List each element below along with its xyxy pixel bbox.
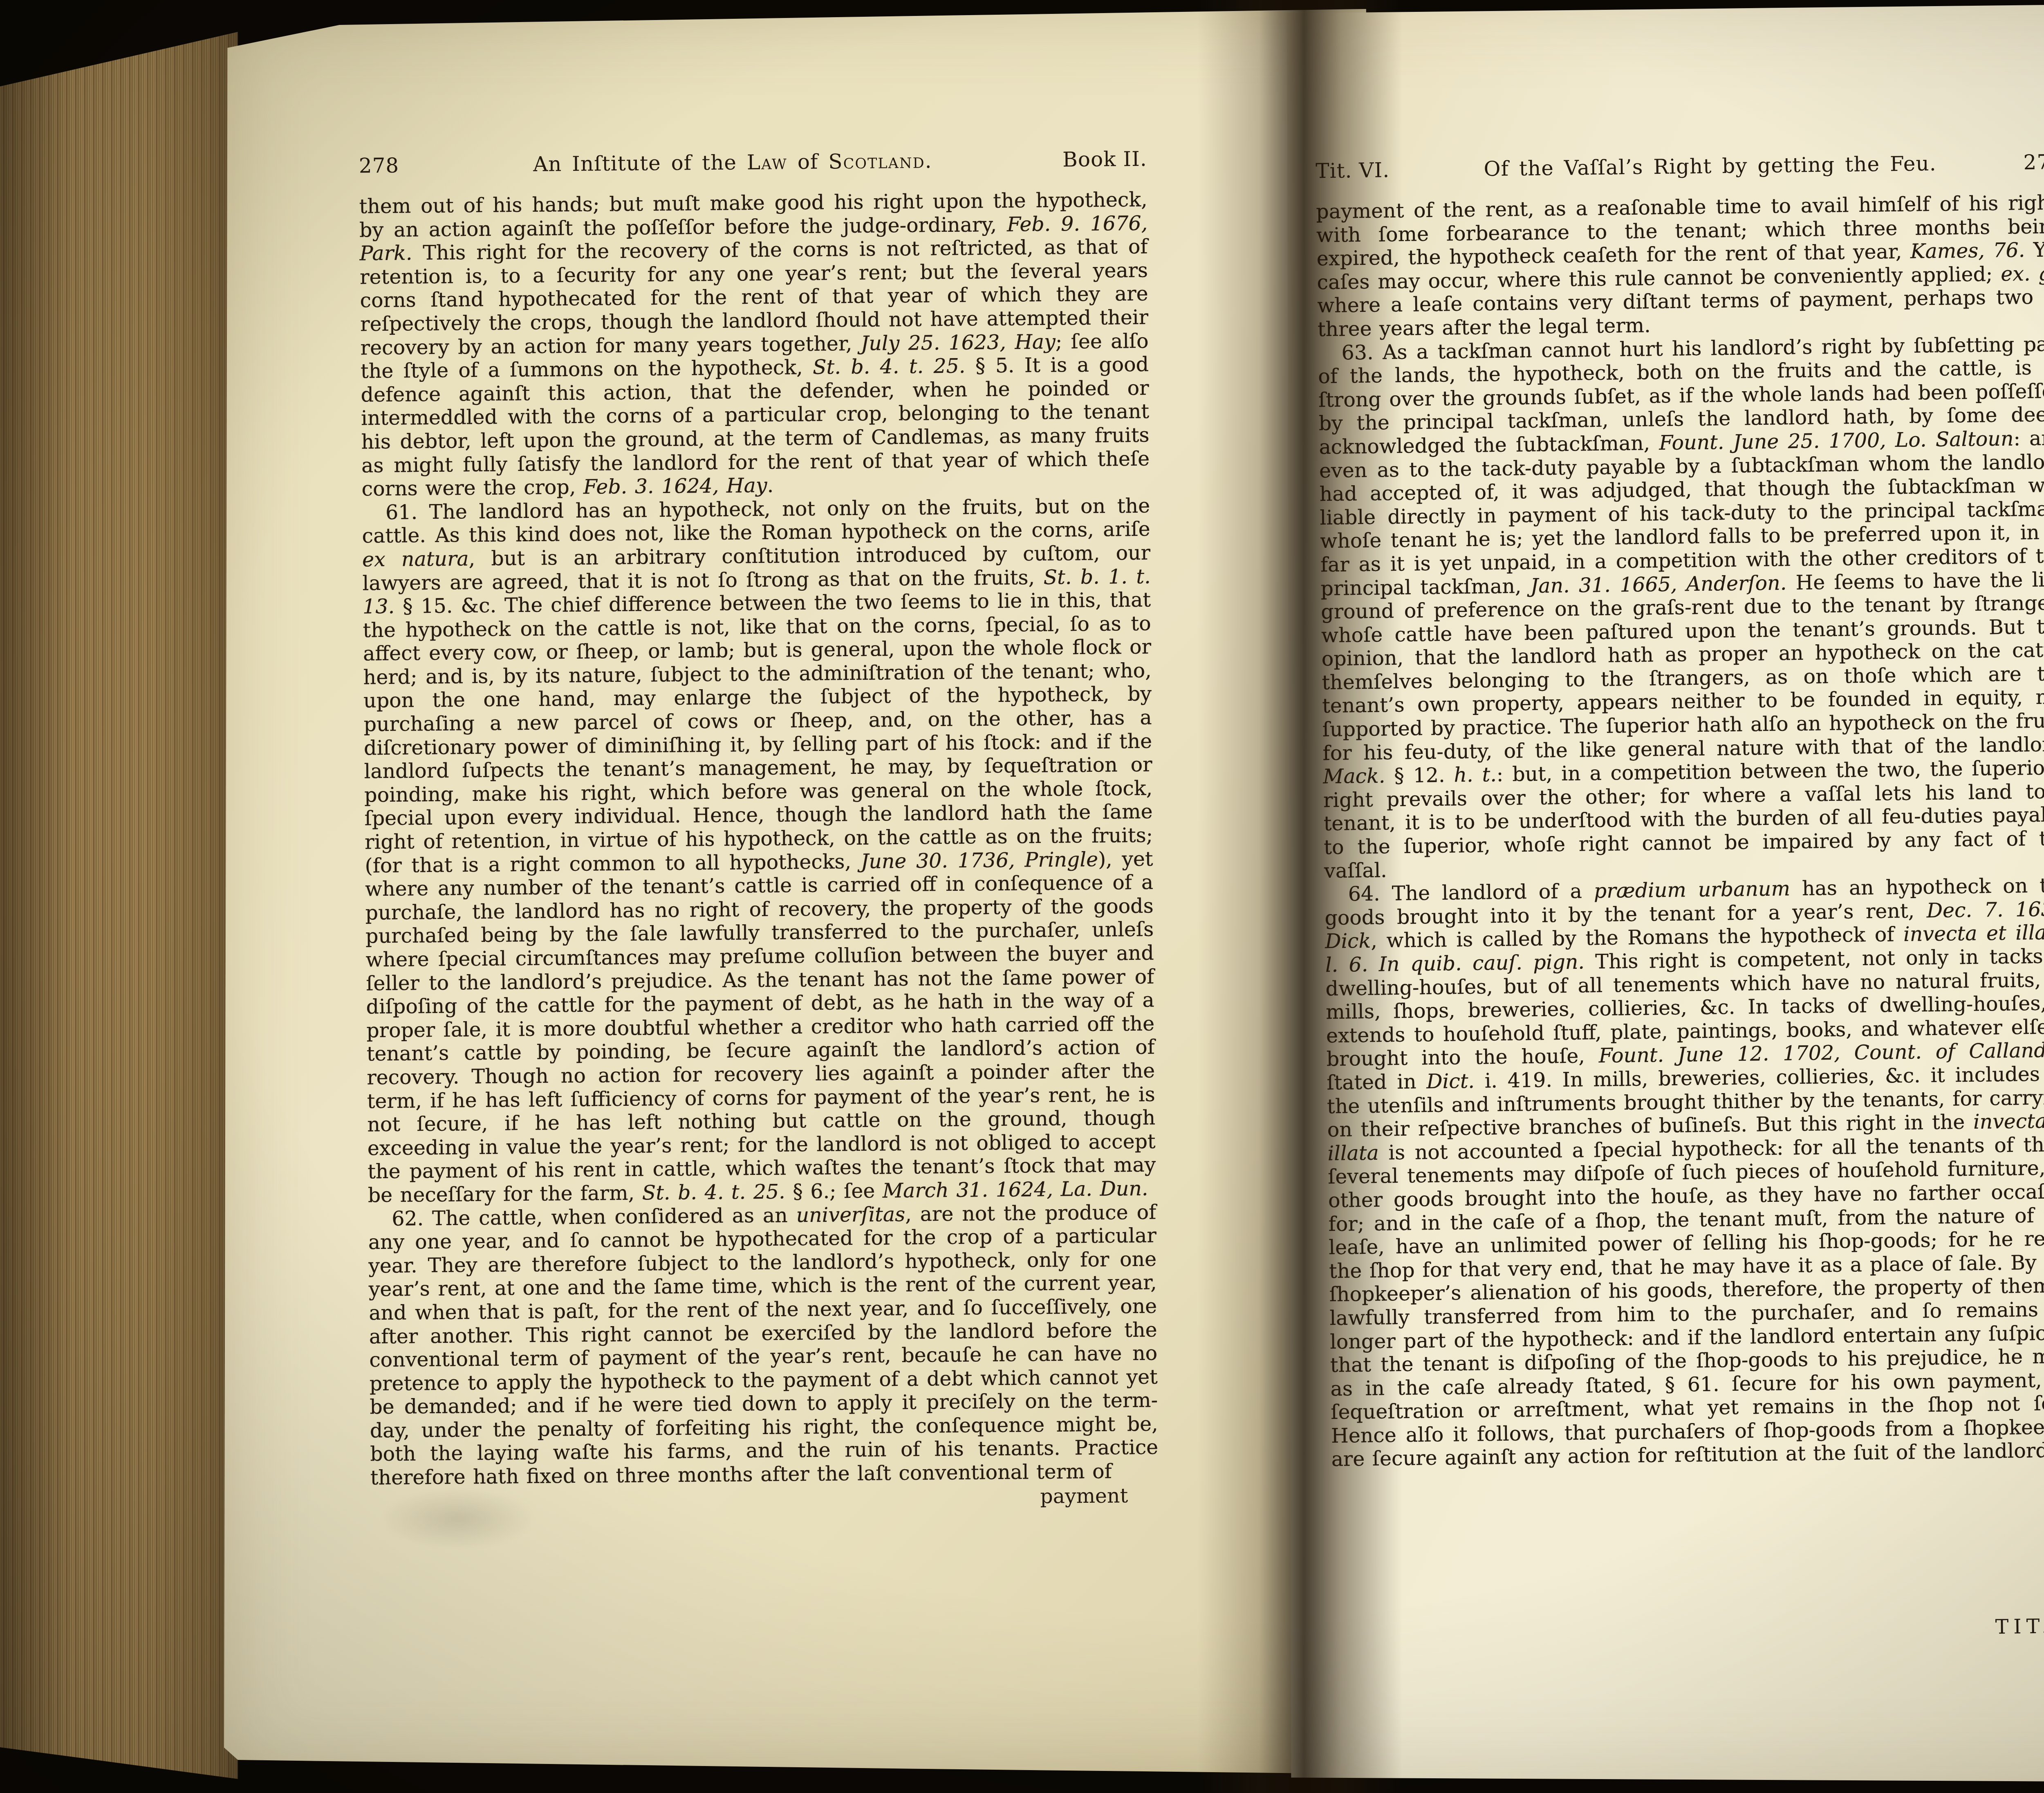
text-run: 61. The landlord has an hypotheck, not o… [362,494,1150,547]
page-number-right: 279 [1970,150,2044,175]
text-run: § 6.; ſee [785,1179,883,1203]
paragraph: 63. As a tackſman cannot hurt his landlo… [1318,332,2044,883]
text-run: is not accounted a ſpecial hypotheck: fo… [1328,1133,2044,1471]
text-run: Dict. [1426,1069,1475,1093]
text-run: , but is an arbitrary conſtitution intro… [362,541,1150,595]
title-abbrev: Tit. VI. [1316,157,1451,183]
text-run: , are not the produce of any one year, a… [368,1200,1159,1489]
right-page-content: Tit. VI. Of the Vaſſal’s Right by gettin… [1316,150,2044,1647]
text-run: 64. The landlord of a [1348,879,1594,905]
paragraph: 61. The landlord has an hypotheck, not o… [362,494,1156,1207]
text-run: § 12. [1385,764,1454,788]
page-number-left: 278 [359,153,453,177]
text-run: univerſitas [796,1202,905,1226]
left-page-body: them out of his hands; but muſt make goo… [359,188,1159,1490]
text-run: ), yet where any number of the tenant’s … [365,847,1156,1207]
running-title-left: An Inſtitute of the Law of Scotland. [453,148,1012,177]
text-run: Scotland [828,149,925,173]
text-run: § 15. &c. The chief difference between t… [363,588,1153,877]
text-run: . [767,474,773,497]
text-run: An Inſtitute of the [533,150,747,176]
text-run: July 25. 1623, Hay [861,330,1056,355]
text-run: ex. gr. [2001,262,2044,286]
text-run: h. t. [1454,763,1497,787]
text-run: prædium urbanum [1594,877,1791,903]
text-run: Fount. June 25. 1700, Lo. Saltoun [1659,427,2014,455]
paper-stain [380,1488,536,1549]
text-run: Mack. [1323,764,1385,789]
text-run: Feb. 3. 1624, Hay [583,474,767,499]
book-label: Book II. [1012,147,1147,172]
text-run: St. b. 4. t. 25. [813,354,966,379]
paragraph: 64. The landlord of a prædium urbanum ha… [1324,874,2044,1471]
text-run: Kames, 76. [1910,238,2025,263]
right-page-body: payment of the rent, as a reaſonable tim… [1316,191,2044,1471]
text-run: Of the Vaſſal’s Right by getting the Feu… [1484,152,1936,181]
text-run: 62. The cattle, when conſidered as an [392,1204,796,1230]
text-run: Law [747,150,788,174]
text-run: ex natura [362,547,469,571]
text-run: where a leaſe contains very diſtant term… [1317,285,2044,341]
paragraph: payment of the rent, as a reaſonable tim… [1316,191,2044,341]
book-spread-photo: 278 An Inſtitute of the Law of Scotland.… [0,0,2044,1793]
paragraph: 62. The cattle, when conſidered as an un… [368,1200,1159,1490]
paragraph: them out of his hands; but muſt make goo… [359,188,1150,501]
text-run: St. b. 4. t. 25. [642,1180,785,1204]
text-run: of [787,150,829,174]
text-run: June 30. 1736, Pringle [861,847,1098,873]
text-run: Jan. 31. 1665, Anderſon. [1530,571,1786,598]
left-fore-edge-pages [0,32,238,1793]
text-run: . [925,149,932,173]
text-run: March 31. 1624, La. Dun. [883,1177,1148,1203]
left-page-content: 278 An Inſtitute of the Law of Scotland.… [359,147,1159,1514]
